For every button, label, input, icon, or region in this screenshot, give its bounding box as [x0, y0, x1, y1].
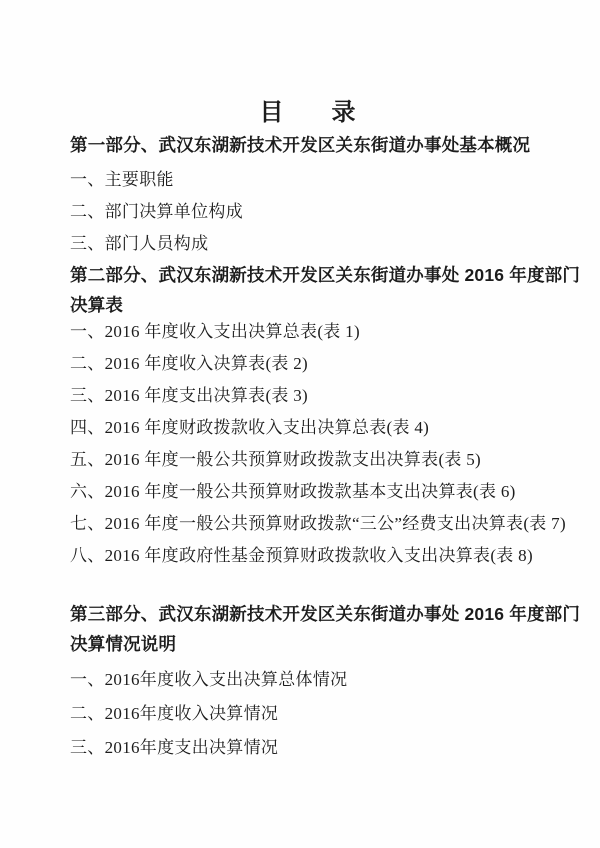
toc-item: 二、2016 年度收入决算表(表 2) — [70, 354, 545, 374]
toc-title: 目 录 — [70, 99, 545, 127]
toc-item: 四、2016 年度财政拨款收入支出决算总表(表 4) — [70, 418, 545, 438]
toc-item: 五、2016 年度一般公共预算财政拨款支出决算表(表 5) — [70, 450, 545, 470]
section-heading-line: 第二部分、武汉东湖新技术开发区关东街道办事处 2016 年度部门 — [70, 260, 545, 290]
section-heading-line: 第三部分、武汉东湖新技术开发区关东街道办事处 2016 年度部门 — [70, 599, 545, 629]
toc-item: 二、部门决算单位构成 — [70, 202, 545, 222]
toc-item: 一、2016 年度收入支出决算总表(表 1) — [70, 322, 545, 342]
document-page: 目 录 第一部分、武汉东湖新技术开发区关东街道办事处基本概况 一、主要职能 二、… — [0, 0, 600, 848]
toc-section-part2: 第二部分、武汉东湖新技术开发区关东街道办事处 2016 年度部门 决算表 一、2… — [70, 260, 545, 566]
toc-item: 八、2016 年度政府性基金预算财政拨款收入支出决算表(表 8) — [70, 546, 545, 566]
toc-item: 三、2016年度支出决算情况 — [70, 738, 545, 758]
toc-item: 一、主要职能 — [70, 170, 545, 190]
section-heading-part2: 第二部分、武汉东湖新技术开发区关东街道办事处 2016 年度部门 决算表 — [70, 260, 545, 320]
section-heading-part3: 第三部分、武汉东湖新技术开发区关东街道办事处 2016 年度部门 决算情况说明 — [70, 599, 545, 659]
section-heading-part1: 第一部分、武汉东湖新技术开发区关东街道办事处基本概况 — [70, 130, 545, 160]
toc-item: 三、部门人员构成 — [70, 234, 545, 254]
toc-item: 二、2016年度收入决算情况 — [70, 704, 545, 724]
section-heading-line: 决算表 — [70, 290, 545, 320]
toc-item: 一、2016年度收入支出决算总体情况 — [70, 670, 545, 690]
toc-item: 六、2016 年度一般公共预算财政拨款基本支出决算表(表 6) — [70, 482, 545, 502]
toc-item: 三、2016 年度支出决算表(表 3) — [70, 386, 545, 406]
toc-section-part1: 第一部分、武汉东湖新技术开发区关东街道办事处基本概况 一、主要职能 二、部门决算… — [70, 130, 545, 254]
toc-item: 七、2016 年度一般公共预算财政拨款“三公”经费支出决算表(表 7) — [70, 514, 545, 534]
section-heading-line: 第一部分、武汉东湖新技术开发区关东街道办事处基本概况 — [70, 130, 545, 160]
section-heading-line: 决算情况说明 — [70, 629, 545, 659]
toc-section-part3: 第三部分、武汉东湖新技术开发区关东街道办事处 2016 年度部门 决算情况说明 … — [70, 599, 545, 758]
